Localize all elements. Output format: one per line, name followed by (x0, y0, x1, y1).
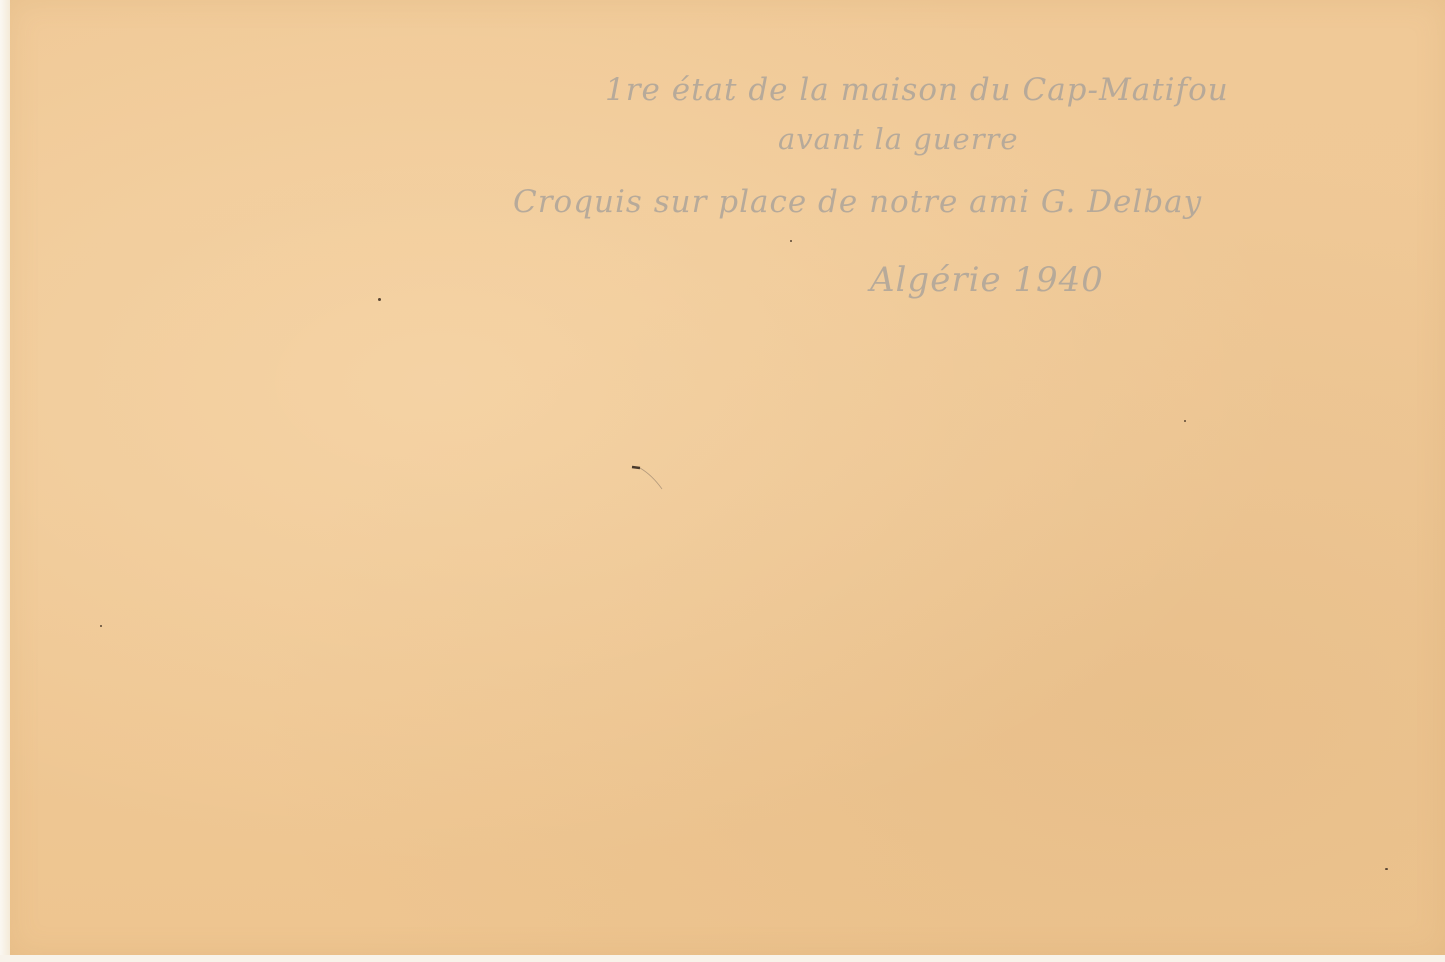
pencil-mark-icon (630, 465, 670, 495)
paper-bottom-edge (0, 955, 1445, 962)
inscription-line-subtitle: avant la guerre (778, 122, 1019, 156)
inscription-line-place-date: Algérie 1940 (870, 260, 1104, 300)
paper-left-edge (0, 0, 10, 962)
paper-speck (1184, 420, 1186, 422)
inscription-line-credit: Croquis sur place de notre ami G. Delbay (513, 184, 1202, 220)
paper-speck (1385, 868, 1388, 870)
paper-speck (790, 240, 792, 242)
paper-sheet: 1re état de la maison du Cap-Matifou ava… (10, 0, 1445, 955)
inscription-line-title: 1re état de la maison du Cap-Matifou (605, 72, 1229, 108)
paper-speck (378, 298, 381, 301)
paper-speck (100, 625, 102, 627)
